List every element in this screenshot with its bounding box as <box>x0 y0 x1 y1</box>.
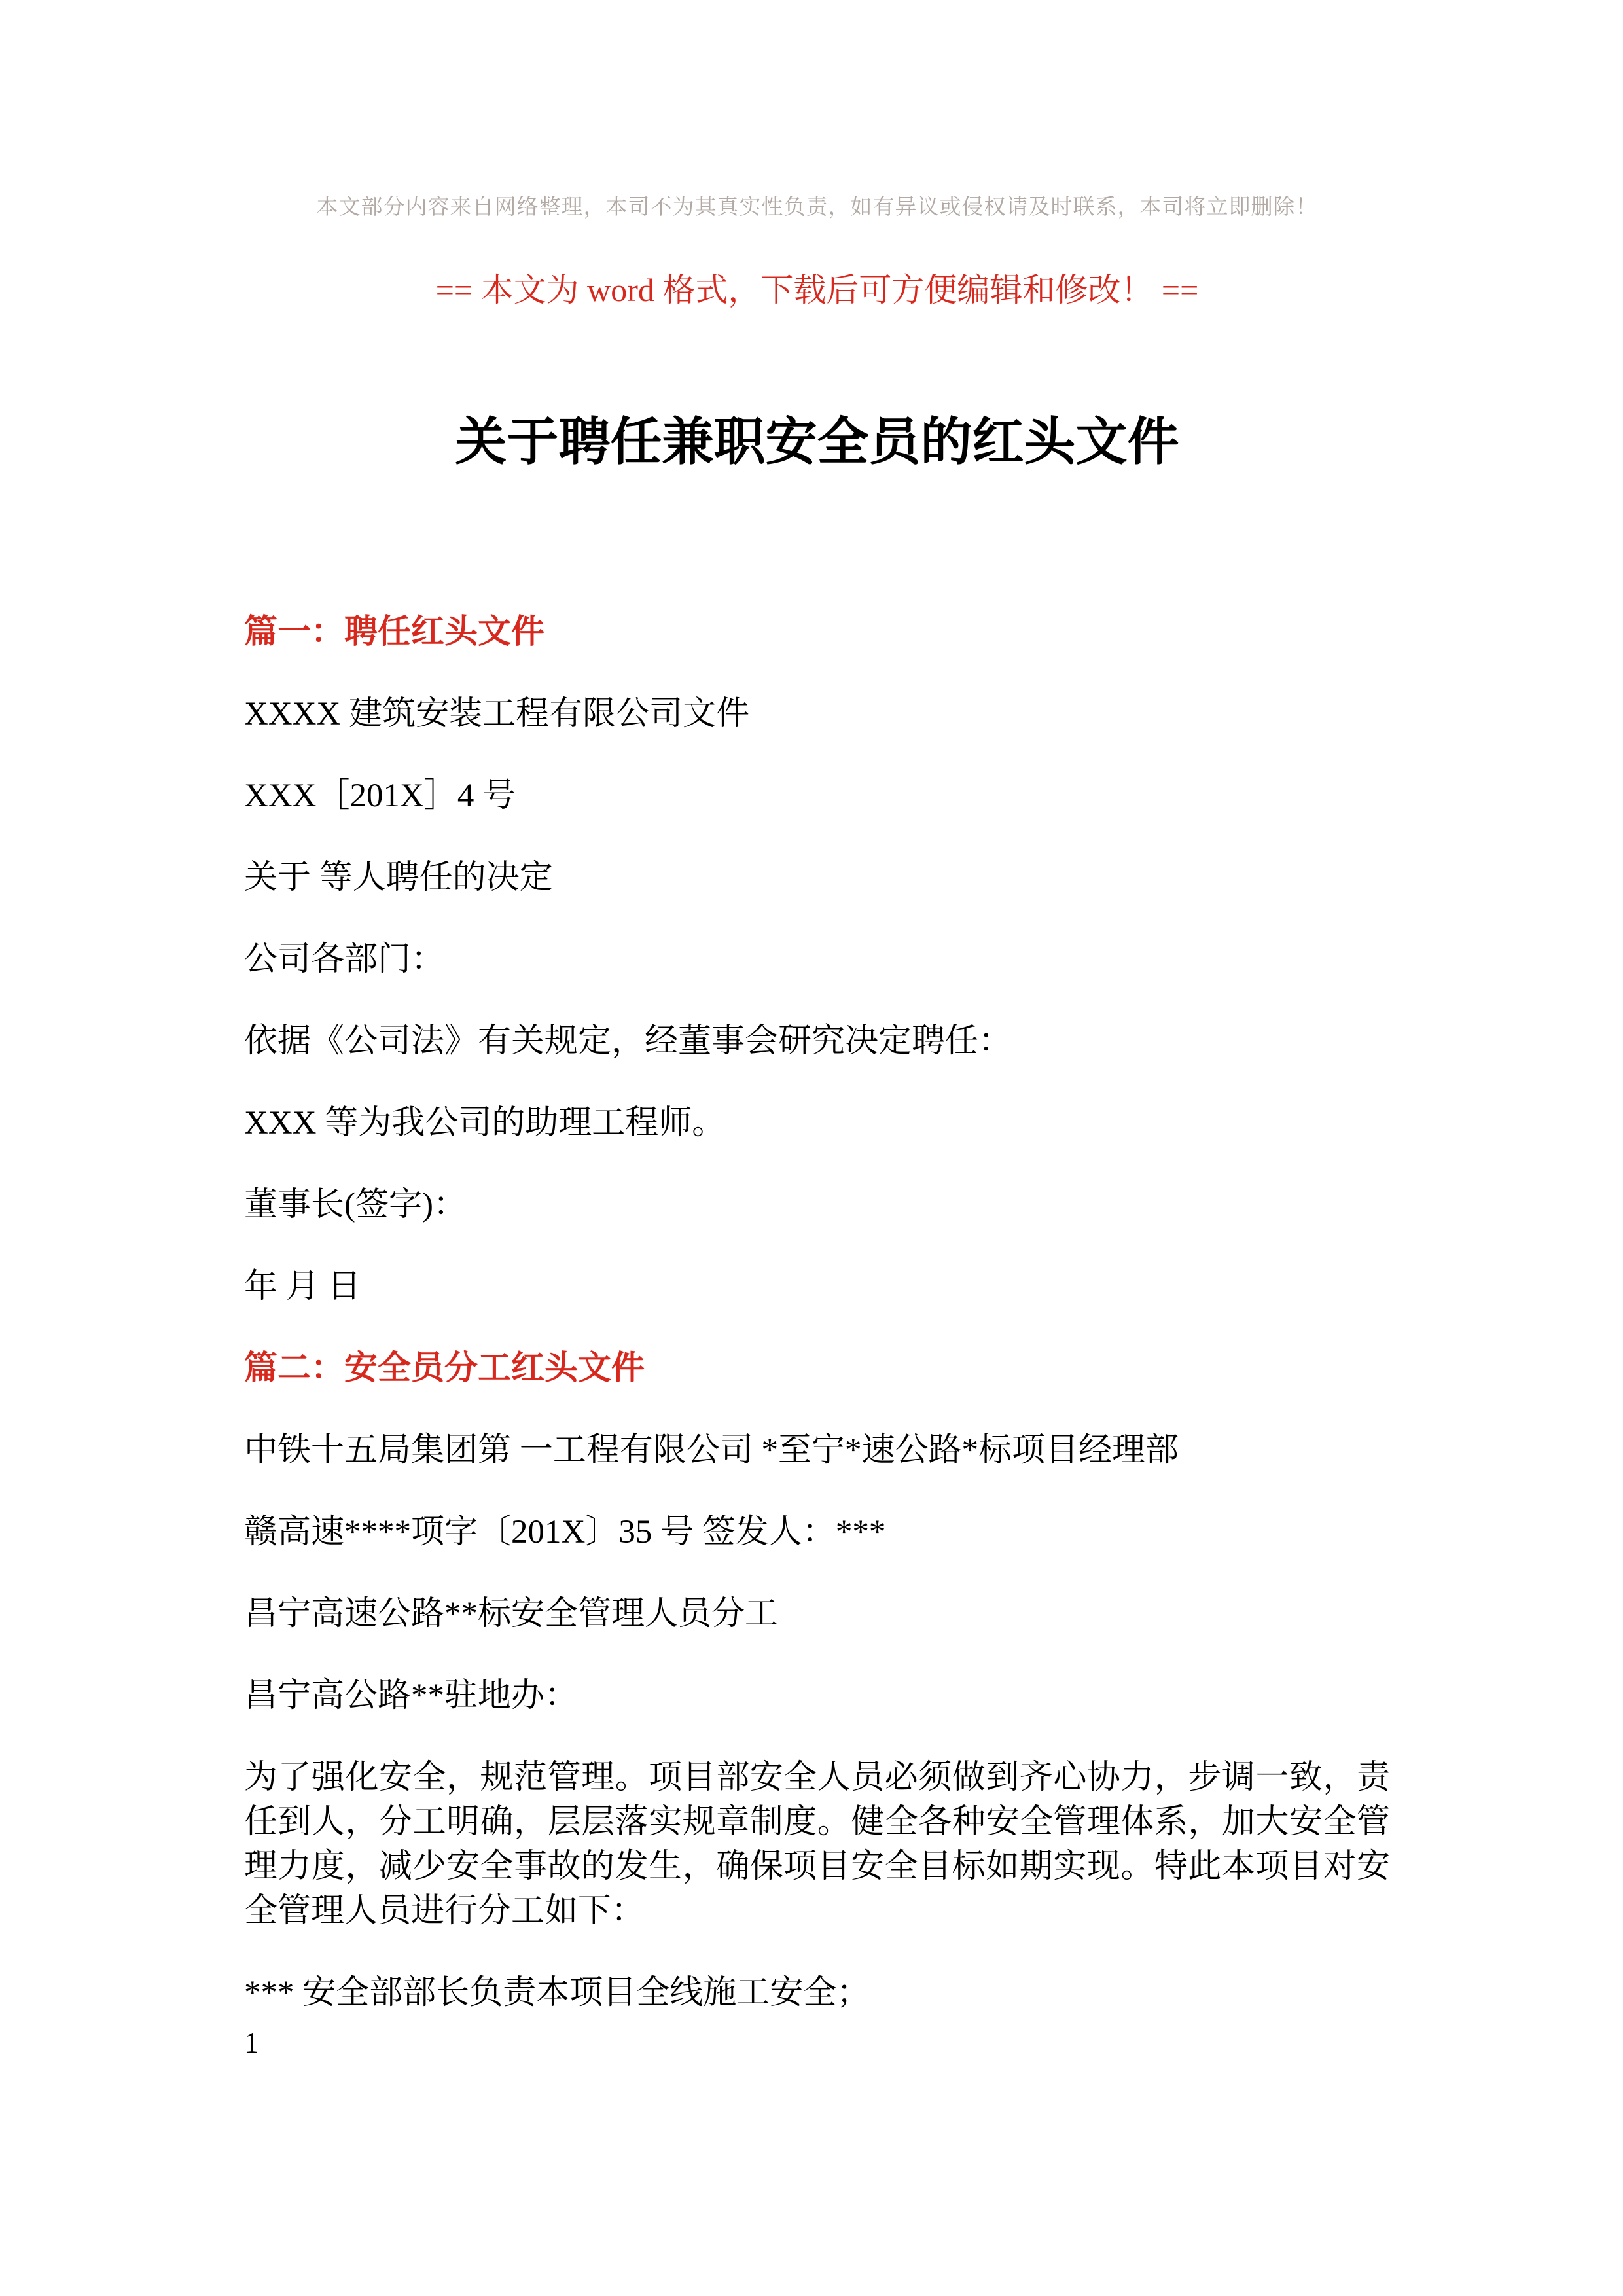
section-2-paragraph: 昌宁高速公路**标安全管理人员分工 <box>244 1592 1390 1636</box>
document-title: 关于聘任兼职安全员的红头文件 <box>244 407 1390 479</box>
section-1-paragraph: 关于 等人聘任的决定 <box>244 855 1390 900</box>
section-1-paragraph: XXX 等为我公司的助理工程师。 <box>244 1101 1390 1145</box>
section-2-paragraph: 昌宁高公路**驻地办： <box>244 1674 1390 1718</box>
section-1-paragraph: XXX［201X］4 号 <box>244 774 1390 818</box>
section-1-paragraph: 依据《公司法》有关规定，经董事会研究决定聘任： <box>244 1019 1390 1064</box>
disclaimer-text: 本文部分内容来自网络整理，本司不为其真实性负责，如有异议或侵权请及时联系，本司将… <box>244 193 1390 222</box>
section-2-paragraph: 为了强化安全，规范管理。项目部安全人员必须做到齐心协力，步调一致，责任到人，分工… <box>244 1755 1390 1933</box>
document-page: 本文部分内容来自网络整理，本司不为其真实性负责，如有异议或侵权请及时联系，本司将… <box>0 0 1623 2015</box>
section-1-paragraph: 年 月 日 <box>244 1265 1390 1309</box>
document-content: 本文部分内容来自网络整理，本司不为其真实性负责，如有异议或侵权请及时联系，本司将… <box>0 0 1623 2015</box>
section-2-heading: 篇二：安全员分工红头文件 <box>244 1346 1390 1391</box>
section-1-paragraph: 公司各部门： <box>244 937 1390 982</box>
section-2-paragraph: 中铁十五局集团第 一工程有限公司 *至宁*速公路*标项目经理部 <box>244 1428 1390 1473</box>
page-number: 1 <box>244 2026 259 2060</box>
section-1-heading: 篇一：聘任红头文件 <box>244 610 1390 655</box>
format-notice: == 本文为 word 格式，下载后可方便编辑和修改！ == <box>244 268 1390 312</box>
section-2-paragraph: 赣高速****项字〔201X〕35 号 签发人：*** <box>244 1510 1390 1554</box>
section-1-paragraph: XXXX 建筑安装工程有限公司文件 <box>244 692 1390 736</box>
section-1-paragraph: 董事长(签字)： <box>244 1183 1390 1227</box>
section-2-paragraph: *** 安全部部长负责本项目全线施工安全； <box>244 1971 1390 2015</box>
